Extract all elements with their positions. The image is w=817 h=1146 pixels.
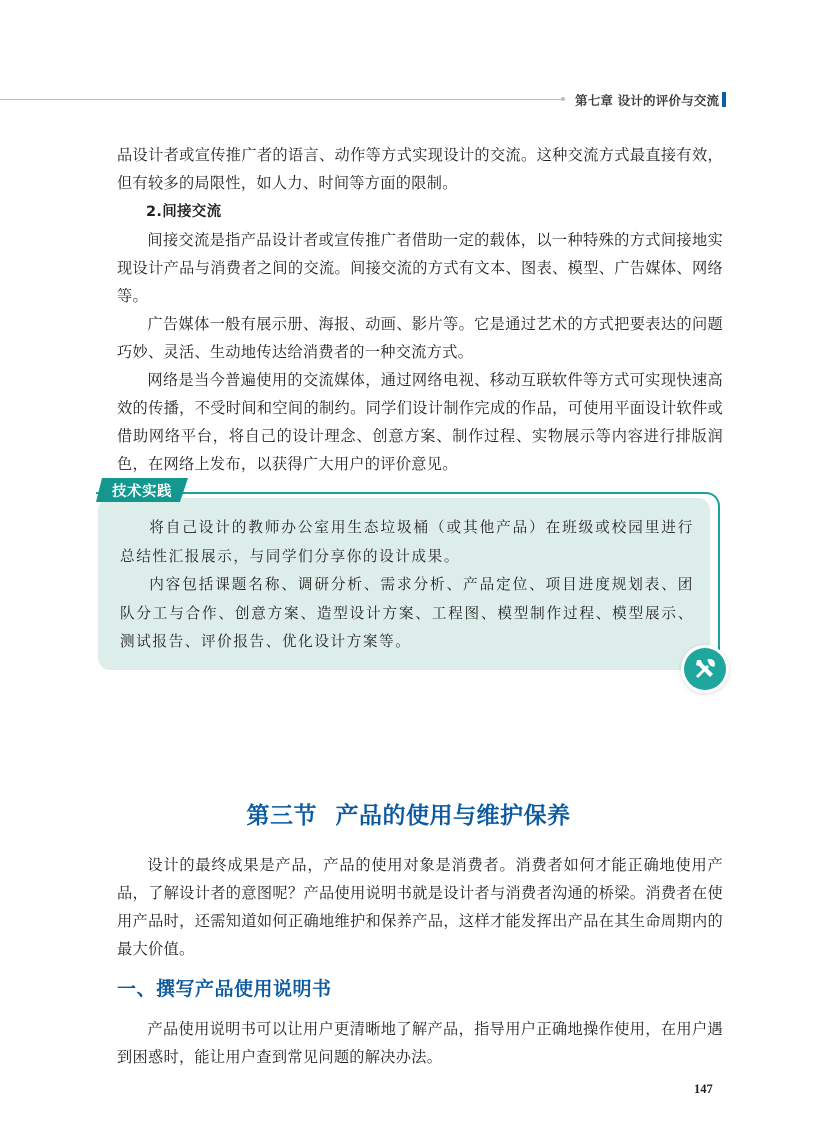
- page-number: 147: [694, 1082, 713, 1097]
- section-intro: 设计的最终成果是产品，产品的使用对象是消费者。消费者如何才能正确地使用产品，了解…: [117, 851, 723, 963]
- practice-label: 技术实践: [112, 480, 172, 501]
- section-title: 第三节 产品的使用与维护保养: [0, 797, 817, 830]
- tools-icon: [684, 648, 726, 690]
- paragraph: 产品使用说明书可以让用户更清晰地了解产品，指导用户正确地操作使用，在用户遇到困惑…: [117, 1015, 723, 1071]
- practice-label-tab: 技术实践: [96, 478, 188, 502]
- paragraph: 广告媒体一般有展示册、海报、动画、影片等。它是通过艺术的方式把要表达的问题巧妙、…: [117, 310, 723, 366]
- header-rule-dot: [561, 97, 565, 101]
- subheading-indirect-communication: 2.间接交流: [117, 198, 723, 226]
- paragraph: 品设计者或宣传推广者的语言、动作等方式实现设计的交流。这种交流方式最直接有效，但…: [117, 141, 723, 197]
- paragraph: 设计的最终成果是产品，产品的使用对象是消费者。消费者如何才能正确地使用产品，了解…: [117, 851, 723, 963]
- chapter-accent-bar: [722, 92, 726, 107]
- top-text-block: 品设计者或宣传推广者的语言、动作等方式实现设计的交流。这种交流方式最直接有效，但…: [117, 141, 723, 478]
- paragraph: 间接交流是指产品设计者或宣传推广者借助一定的载体，以一种特殊的方式间接地实现设计…: [117, 226, 723, 310]
- practice-paragraph: 将自己设计的教师办公室用生态垃圾桶（或其他产品）在班级或校园里进行总结性汇报展示…: [120, 514, 694, 571]
- practice-paragraph: 内容包括课题名称、调研分析、需求分析、产品定位、项目进度规划表、团队分工与合作、…: [120, 571, 694, 657]
- paragraph: 网络是当今普遍使用的交流媒体，通过网络电视、移动互联软件等方式可实现快速高效的传…: [117, 366, 723, 478]
- chapter-title: 第七章 设计的评价与交流: [575, 91, 719, 109]
- practice-text: 将自己设计的教师办公室用生态垃圾桶（或其他产品）在班级或校园里进行总结性汇报展示…: [120, 514, 694, 657]
- subsection-text: 产品使用说明书可以让用户更清晰地了解产品，指导用户正确地操作使用，在用户遇到困惑…: [117, 1015, 723, 1071]
- subsection-title: 一、撰写产品使用说明书: [117, 974, 332, 1001]
- header-rule: [0, 99, 563, 100]
